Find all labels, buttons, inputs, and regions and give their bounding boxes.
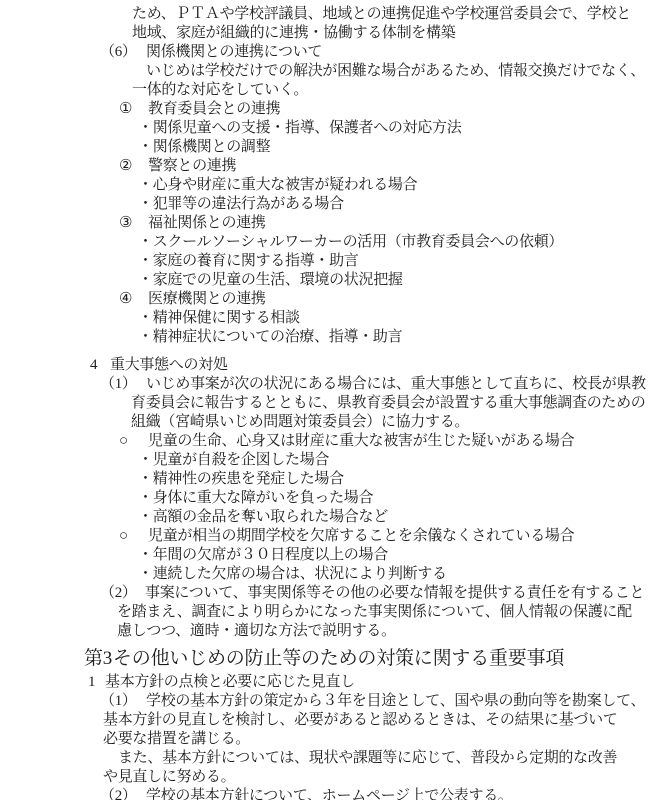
text-segment: ② <box>119 157 132 176</box>
text-segment: ・関係児童への支援・指導、保護者への対応方法 <box>138 119 461 138</box>
text-line: 4重大事態への対処 <box>0 356 664 375</box>
text-segment: 重大事態への対処 <box>110 356 228 375</box>
text-segment: （2） <box>100 787 137 800</box>
text-line: ・関係機関との調整 <box>0 138 664 157</box>
text-segment: 学校の基本方針の策定から３年を目途として、国や県の動向等を勘案して、 <box>146 692 645 711</box>
text-segment: その他いじめの防止等のための対策に関する重要事項 <box>113 646 564 671</box>
text-line: ○児童が相当の期間学校を欠席することを余儀なくされている場合 <box>0 527 664 546</box>
text-segment: ・年間の欠席が３０日程度以上の場合 <box>138 546 388 565</box>
text-segment: ④ <box>119 290 132 309</box>
text-segment: 医療機関との連携 <box>148 290 266 309</box>
text-line: ②警察との連携 <box>0 157 664 176</box>
text-segment: 福祉関係との連携 <box>148 214 266 233</box>
text-segment: 教育委員会との連携 <box>148 100 280 119</box>
text-segment: ① <box>119 100 132 119</box>
text-segment: ・高額の金品を奪い取られた場合など <box>138 508 388 527</box>
text-segment: 地域、家庭が組織的に連携・協働する体制を構築 <box>132 24 455 43</box>
text-segment: いじめは学校だけでの解決が困難な場合があるため、情報交換だけでなく、 <box>146 62 645 81</box>
text-segment: 基本方針の点検と必要に応じた見直し <box>105 673 355 692</box>
text-segment: ・家庭での児童の生活、環境の状況把握 <box>138 271 403 290</box>
text-line: 地域、家庭が組織的に連携・協働する体制を構築 <box>0 24 664 43</box>
text-segment: 基本方針の見直しを検討し、必要があると認めるときは、その結果に基づいて <box>103 711 618 730</box>
text-segment: ○ <box>119 432 128 451</box>
text-segment: 事案について、事実関係等その他の必要な情報を提供する責任を有すること <box>145 584 644 603</box>
text-segment: また、基本方針については、現状や課題等に応じて、普段から定期的な改善 <box>118 749 617 768</box>
text-segment: 児童が相当の期間学校を欠席することを余儀なくされている場合 <box>148 527 574 546</box>
text-line: （1）学校の基本方針の策定から３年を目途として、国や県の動向等を勘案して、 <box>0 692 664 711</box>
text-line: ・身体に重大な障がいを負った場合 <box>0 489 664 508</box>
text-line: ・年間の欠席が３０日程度以上の場合 <box>0 546 664 565</box>
text-line: ・家庭の養育に関する指導・助言 <box>0 252 664 271</box>
text-line: ・スクールソーシャルワーカーの活用（市教育委員会への依頼） <box>0 233 664 252</box>
text-line: 育委員会に報告するとともに、県教育委員会が設置する重大事態調査のための <box>0 394 664 413</box>
text-segment: ○ <box>119 527 128 546</box>
text-segment: 学校の基本方針について、ホームページ上で公表する。 <box>146 787 513 800</box>
text-segment: ・精神保健に関する相談 <box>138 309 300 328</box>
text-segment: ・心身や財産に重大な被害が疑われる場合 <box>138 176 417 195</box>
text-segment: ・身体に重大な障がいを負った場合 <box>138 489 373 508</box>
text-line: を踏まえ、調査により明らかになった事実関係について、個人情報の保護に配 <box>0 603 664 622</box>
text-segment: ・精神症状についての治療、指導・助言 <box>138 328 402 347</box>
text-segment: （1） <box>100 692 137 711</box>
text-line: 基本方針の見直しを検討し、必要があると認めるときは、その結果に基づいて <box>0 711 664 730</box>
text-line: ④医療機関との連携 <box>0 290 664 309</box>
text-line: 組織（宮崎県いじめ問題対策委員会）に協力する。 <box>0 413 664 432</box>
text-line: ・家庭での児童の生活、環境の状況把握 <box>0 271 664 290</box>
text-line: また、基本方針については、現状や課題等に応じて、普段から定期的な改善 <box>0 749 664 768</box>
text-line: （2）事案について、事実関係等その他の必要な情報を提供する責任を有すること <box>0 584 664 603</box>
text-line: ○児童の生命、心身又は財産に重大な被害が生じた疑いがある場合 <box>0 432 664 451</box>
text-line: ・犯罪等の違法行為がある場合 <box>0 195 664 214</box>
text-line: 一体的な対応をしていく。 <box>0 81 664 100</box>
text-segment: ・精神性の疾患を発症した場合 <box>138 470 344 489</box>
text-segment: 必要な措置を講じる。 <box>103 730 250 749</box>
text-segment: を踏まえ、調査により明らかになった事実関係について、個人情報の保護に配 <box>117 603 632 622</box>
text-line: ・児童が自殺を企図した場合 <box>0 451 664 470</box>
text-segment: や見直しに努める。 <box>103 768 235 787</box>
text-segment: 4 <box>90 356 97 375</box>
text-segment: 1 <box>88 673 95 692</box>
text-segment: ・連続した欠席の場合は、状況により判断する <box>138 565 447 584</box>
text-line: ・精神症状についての治療、指導・助言 <box>0 328 664 347</box>
text-line: いじめは学校だけでの解決が困難な場合があるため、情報交換だけでなく、 <box>0 62 664 81</box>
text-segment: ・犯罪等の違法行為がある場合 <box>138 195 344 214</box>
text-line: や見直しに努める。 <box>0 768 664 787</box>
text-segment: 慮しつつ、適時・適切な方法で説明する。 <box>117 622 396 641</box>
text-segment: 育委員会に報告するとともに、県教育委員会が設置する重大事態調査のための <box>131 394 646 413</box>
text-line: （6）関係機関との連携について <box>0 43 664 62</box>
text-segment: 組織（宮崎県いじめ問題対策委員会）に協力する。 <box>131 413 469 432</box>
text-line: ・心身や財産に重大な被害が疑われる場合 <box>0 176 664 195</box>
text-segment: 関係機関との連携について <box>146 43 322 62</box>
text-segment: 一体的な対応をしていく。 <box>132 81 308 100</box>
text-segment: 第3 <box>84 646 112 671</box>
text-line: （2）学校の基本方針について、ホームページ上で公表する。 <box>0 787 664 800</box>
text-line: 1基本方針の点検と必要に応じた見直し <box>0 673 664 692</box>
text-line: （1）いじめ事案が次の状況にある場合には、重大事態として直ちに、校長が県教 <box>0 375 664 394</box>
text-line: ・連続した欠席の場合は、状況により判断する <box>0 565 664 584</box>
text-line: 慮しつつ、適時・適切な方法で説明する。 <box>0 622 664 641</box>
text-segment: いじめ事案が次の状況にある場合には、重大事態として直ちに、校長が県教 <box>146 375 646 394</box>
text-line: ・精神保健に関する相談 <box>0 309 664 328</box>
text-segment: （6） <box>100 43 137 62</box>
document-page: ため、ＰＴＡや学校評議員、地域との連携促進や学校運営委員会で、学校と地域、家庭が… <box>0 0 664 800</box>
document-text: ため、ＰＴＡや学校評議員、地域との連携促進や学校運営委員会で、学校と地域、家庭が… <box>0 0 664 800</box>
text-segment: ・スクールソーシャルワーカーの活用（市教育委員会への依頼） <box>138 233 563 252</box>
text-segment: ・関係機関との調整 <box>138 138 270 157</box>
text-segment: ・児童が自殺を企図した場合 <box>138 451 329 470</box>
text-line: ①教育委員会との連携 <box>0 100 664 119</box>
text-line: ③福祉関係との連携 <box>0 214 664 233</box>
text-segment: （2） <box>100 584 137 603</box>
text-segment: ③ <box>119 214 132 233</box>
text-line: ・精神性の疾患を発症した場合 <box>0 470 664 489</box>
text-segment: （1） <box>100 375 137 394</box>
text-line: ・関係児童への支援・指導、保護者への対応方法 <box>0 119 664 138</box>
section-heading-line: 第3その他いじめの防止等のための対策に関する重要事項 <box>0 646 664 671</box>
text-line: 必要な措置を講じる。 <box>0 730 664 749</box>
text-line: ・高額の金品を奪い取られた場合など <box>0 508 664 527</box>
text-segment: ため、ＰＴＡや学校評議員、地域との連携促進や学校運営委員会で、学校と <box>132 5 631 24</box>
text-segment: ・家庭の養育に関する指導・助言 <box>138 252 359 271</box>
text-segment: 警察との連携 <box>148 157 236 176</box>
text-segment: 児童の生命、心身又は財産に重大な被害が生じた疑いがある場合 <box>148 432 574 451</box>
text-line: ため、ＰＴＡや学校評議員、地域との連携促進や学校運営委員会で、学校と <box>0 5 664 24</box>
